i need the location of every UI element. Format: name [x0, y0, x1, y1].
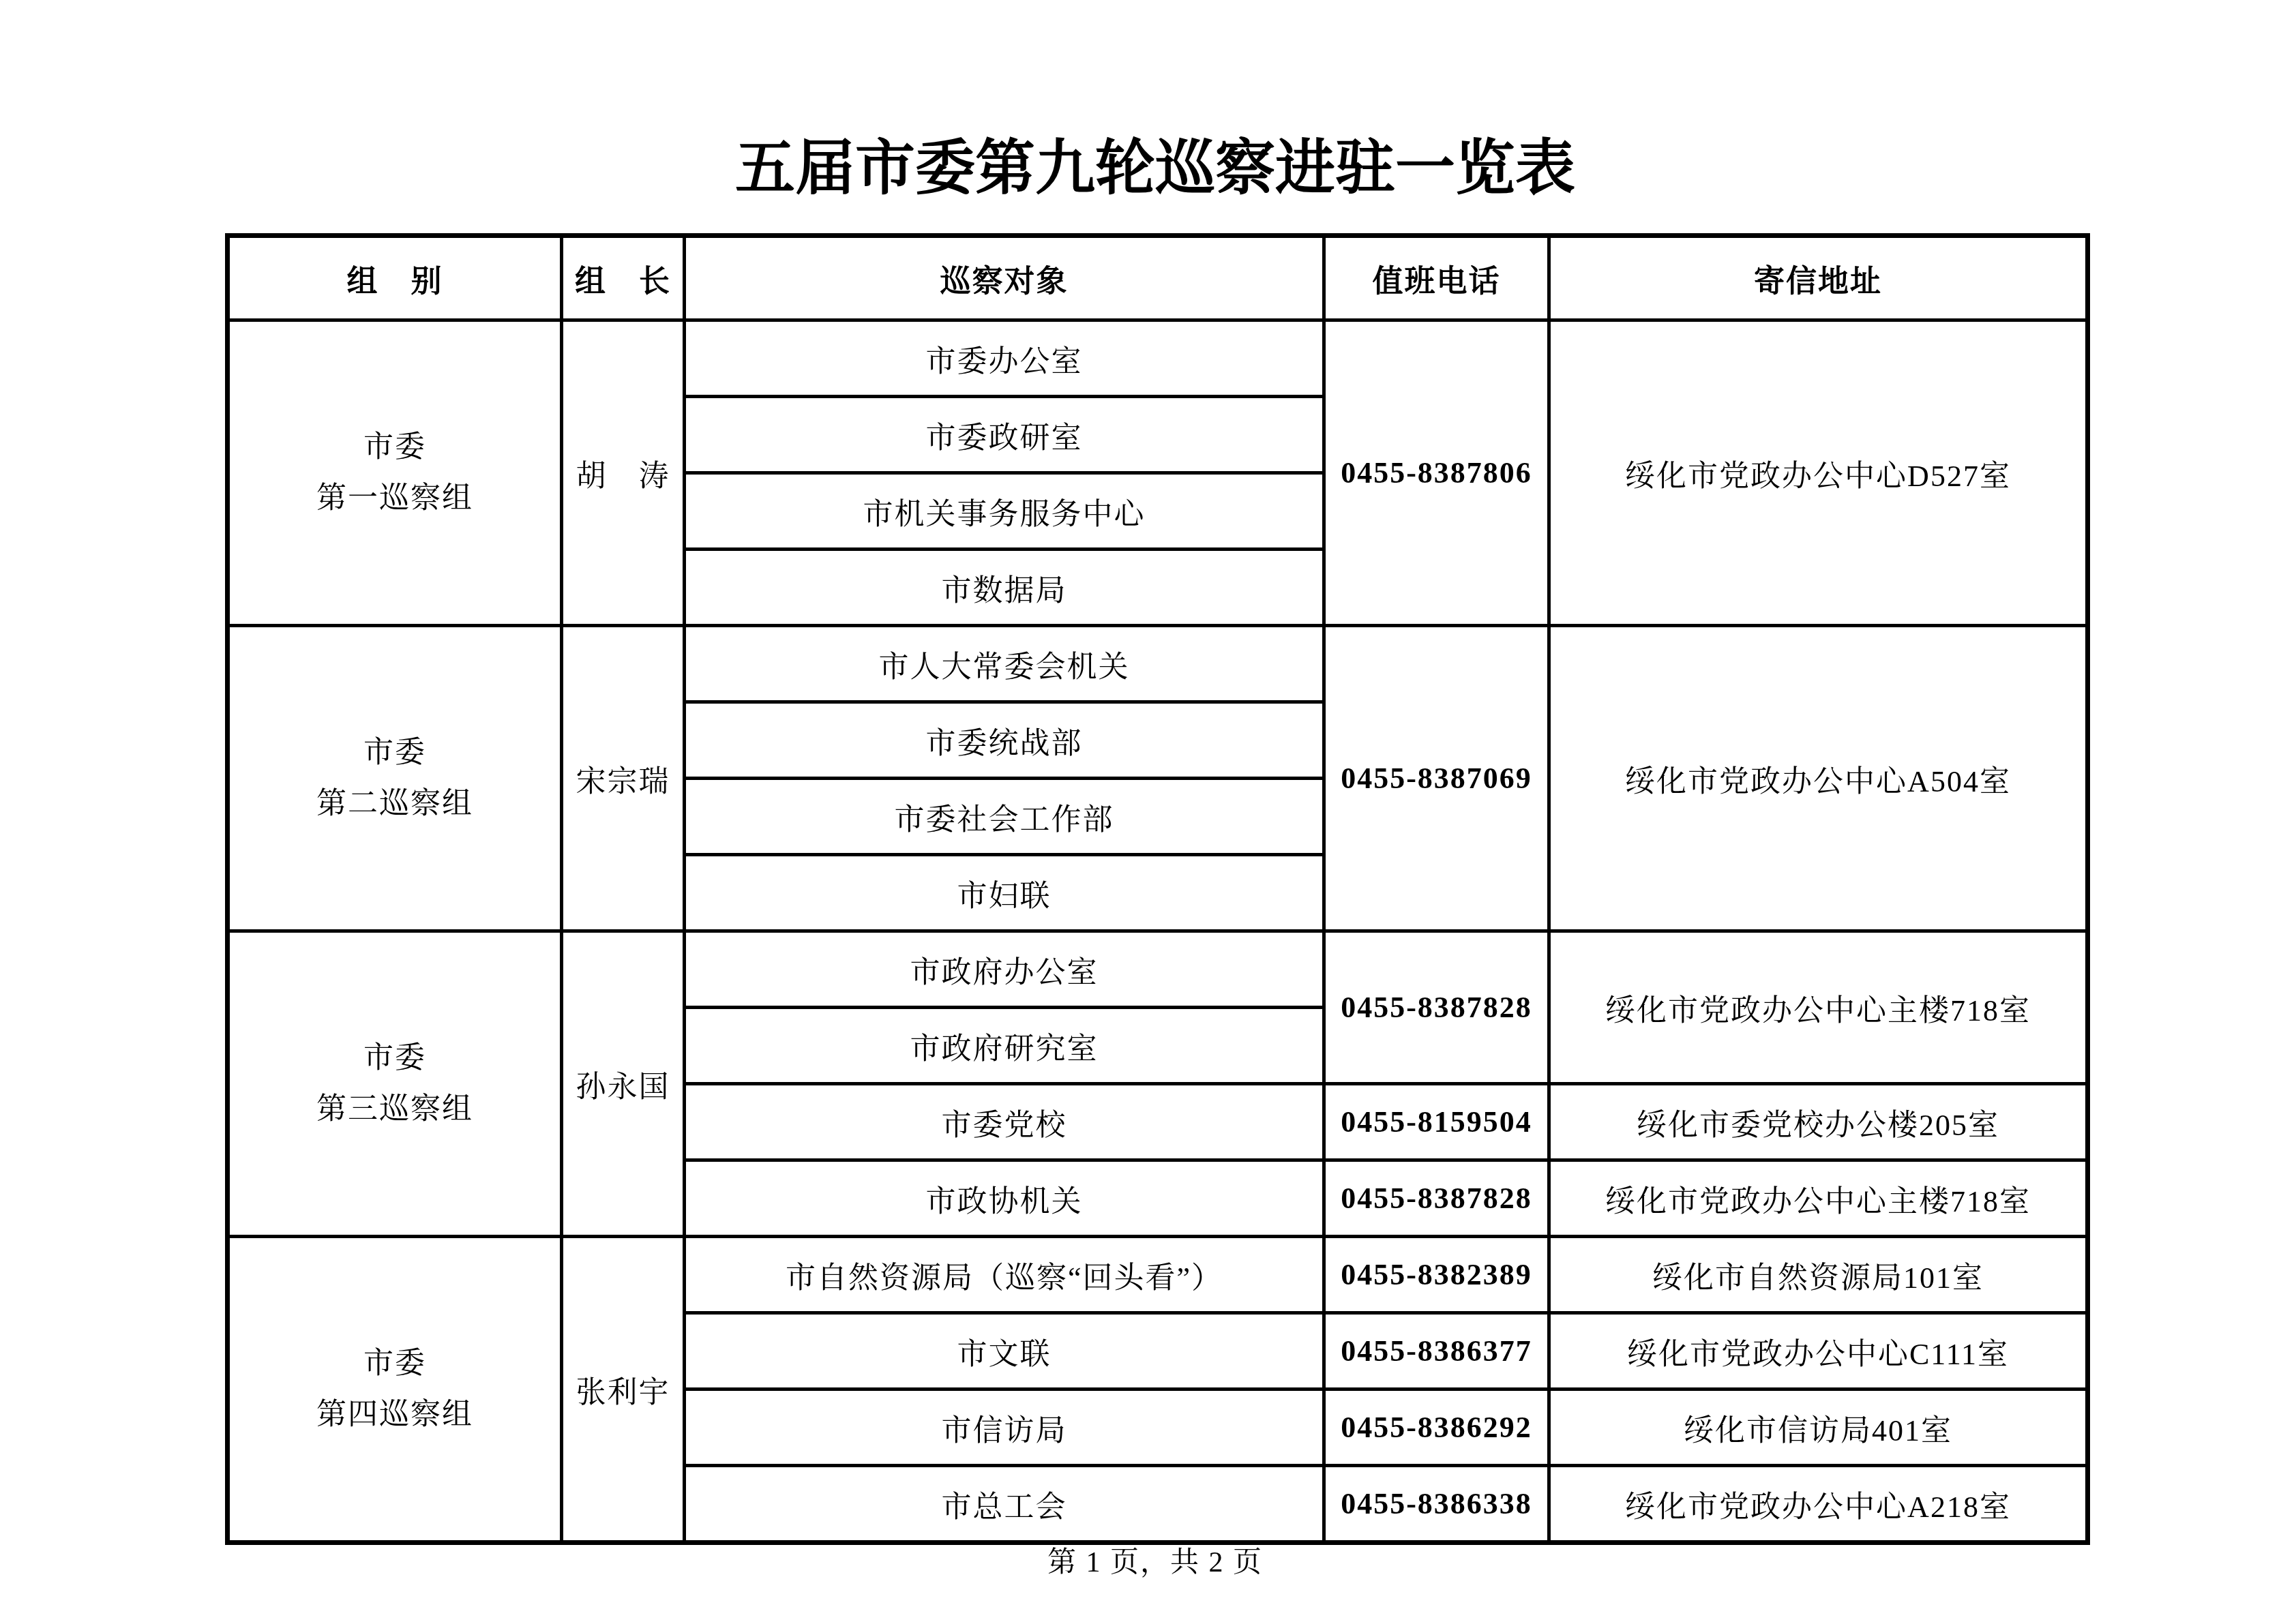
address-cell: 绥化市党政办公中心主楼718室 — [1549, 931, 2088, 1084]
target-cell: 市文联 — [685, 1313, 1324, 1390]
address-cell: 绥化市党政办公中心C111室 — [1549, 1313, 2088, 1390]
target-cell: 市委统战部 — [685, 702, 1324, 779]
header-row: 组 别 组 长 巡察对象 值班电话 寄信地址 — [228, 236, 2088, 320]
phone-cell: 0455-8387069 — [1324, 626, 1549, 931]
phone-cell: 0455-8159504 — [1324, 1084, 1549, 1160]
table-row: 市委 第三巡察组 孙永国 市政府办公室 0455-8387828 绥化市党政办公… — [228, 931, 2088, 1008]
phone-cell: 0455-8386377 — [1324, 1313, 1549, 1390]
header-address: 寄信地址 — [1549, 236, 2088, 320]
address-cell: 绥化市信访局401室 — [1549, 1390, 2088, 1466]
group-name-cell: 市委 第二巡察组 — [228, 626, 562, 931]
target-cell: 市政府研究室 — [685, 1008, 1324, 1084]
leader-cell: 宋宗瑞 — [562, 626, 685, 931]
group-name-line: 市委 — [230, 727, 560, 779]
target-cell: 市信访局 — [685, 1390, 1324, 1466]
phone-cell: 0455-8387828 — [1324, 1160, 1549, 1237]
leader-cell: 孙永国 — [562, 931, 685, 1237]
group-name-line: 市委 — [230, 1338, 560, 1390]
group-name-line: 市委 — [230, 422, 560, 473]
table-row: 市委 第四巡察组 张利宇 市自然资源局（巡察“回头看”） 0455-838238… — [228, 1237, 2088, 1313]
group-name-line: 第三巡察组 — [230, 1084, 560, 1135]
page-number: 第 1 页，共 2 页 — [225, 1540, 2085, 1580]
target-cell: 市妇联 — [685, 855, 1324, 931]
group-name-cell: 市委 第一巡察组 — [228, 320, 562, 626]
target-cell: 市数据局 — [685, 550, 1324, 626]
page-title: 五届市委第九轮巡察进驻一览表 — [225, 135, 2085, 201]
header-target: 巡察对象 — [685, 236, 1324, 320]
target-cell: 市总工会 — [685, 1466, 1324, 1543]
group-name-cell: 市委 第四巡察组 — [228, 1237, 562, 1543]
inspection-table: 组 别 组 长 巡察对象 值班电话 寄信地址 市委 第一巡察组 胡 涛 市委办公… — [225, 233, 2090, 1545]
target-cell: 市政府办公室 — [685, 931, 1324, 1008]
group-name-line: 第二巡察组 — [230, 779, 560, 830]
target-cell: 市委社会工作部 — [685, 779, 1324, 855]
group-name-line: 第四巡察组 — [230, 1390, 560, 1441]
address-cell: 绥化市党政办公中心D527室 — [1549, 320, 2088, 626]
address-cell: 绥化市党政办公中心主楼718室 — [1549, 1160, 2088, 1237]
phone-cell: 0455-8386338 — [1324, 1466, 1549, 1543]
target-cell: 市机关事务服务中心 — [685, 473, 1324, 550]
phone-cell: 0455-8387828 — [1324, 931, 1549, 1084]
phone-cell: 0455-8387806 — [1324, 320, 1549, 626]
address-cell: 绥化市自然资源局101室 — [1549, 1237, 2088, 1313]
phone-cell: 0455-8386292 — [1324, 1390, 1549, 1466]
address-cell: 绥化市党政办公中心A218室 — [1549, 1466, 2088, 1543]
group-name-line: 市委 — [230, 1033, 560, 1084]
header-phone: 值班电话 — [1324, 236, 1549, 320]
target-cell: 市自然资源局（巡察“回头看”） — [685, 1237, 1324, 1313]
table-row: 市委 第二巡察组 宋宗瑞 市人大常委会机关 0455-8387069 绥化市党政… — [228, 626, 2088, 702]
table-row: 市委 第一巡察组 胡 涛 市委办公室 0455-8387806 绥化市党政办公中… — [228, 320, 2088, 397]
leader-cell: 张利宇 — [562, 1237, 685, 1543]
header-group: 组 别 — [228, 236, 562, 320]
address-cell: 绥化市委党校办公楼205室 — [1549, 1084, 2088, 1160]
header-leader: 组 长 — [562, 236, 685, 320]
target-cell: 市委办公室 — [685, 320, 1324, 397]
target-cell: 市委政研室 — [685, 397, 1324, 473]
leader-cell: 胡 涛 — [562, 320, 685, 626]
address-cell: 绥化市党政办公中心A504室 — [1549, 626, 2088, 931]
group-name-line: 第一巡察组 — [230, 473, 560, 524]
target-cell: 市委党校 — [685, 1084, 1324, 1160]
phone-cell: 0455-8382389 — [1324, 1237, 1549, 1313]
group-name-cell: 市委 第三巡察组 — [228, 931, 562, 1237]
target-cell: 市人大常委会机关 — [685, 626, 1324, 702]
target-cell: 市政协机关 — [685, 1160, 1324, 1237]
